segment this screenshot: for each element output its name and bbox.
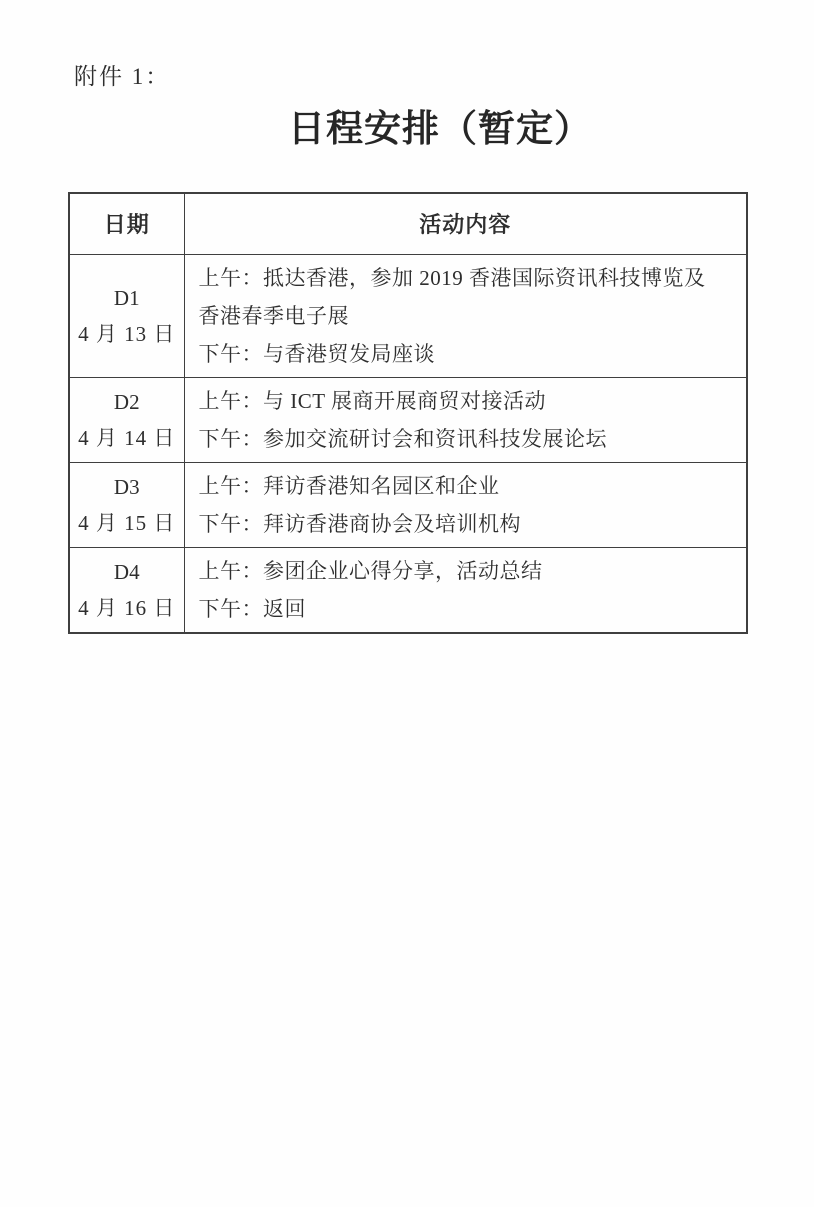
activity-line: 香港春季电子展 (199, 297, 739, 335)
date-cell-d1: D1 4 月 13 日 (69, 254, 184, 377)
header-activity: 活动内容 (184, 193, 747, 254)
date-cell-d4: D4 4 月 16 日 (69, 547, 184, 633)
date-cell-d2: D2 4 月 14 日 (69, 377, 184, 462)
activity-line: 下午：拜访香港商协会及培训机构 (199, 505, 739, 543)
date-cell-d3: D3 4 月 15 日 (69, 462, 184, 547)
day-label: D2 (70, 384, 184, 420)
activity-cell-d2: 上午：与 ICT 展商开展商贸对接活动 下午：参加交流研讨会和资讯科技发展论坛 (184, 377, 747, 462)
activity-line: 下午：与香港贸发局座谈 (199, 335, 739, 373)
day-label: D3 (70, 469, 184, 505)
attachment-label: 附件 1： (74, 58, 170, 91)
table-row-d3: D3 4 月 15 日 上午：拜访香港知名园区和企业 下午：拜访香港商协会及培训… (69, 462, 747, 547)
schedule-table: 日期 活动内容 D1 4 月 13 日 上午：抵达香港，参加 2019 香港国际… (68, 192, 748, 634)
day-label: D4 (70, 554, 184, 590)
activity-line: 上午：抵达香港，参加 2019 香港国际资讯科技博览及 (199, 259, 739, 297)
header-date: 日期 (69, 193, 184, 254)
activity-cell-d1: 上午：抵达香港，参加 2019 香港国际资讯科技博览及 香港春季电子展 下午：与… (184, 254, 747, 377)
table-header-row: 日期 活动内容 (69, 193, 747, 254)
document-page: 附件 1： 日程安排（暂定） 日期 活动内容 D1 4 月 13 日 上午：抵达… (0, 0, 814, 1207)
table-row-d4: D4 4 月 16 日 上午：参团企业心得分享，活动总结 下午：返回 (69, 547, 747, 633)
activity-line: 下午：返回 (199, 590, 739, 628)
date-label: 4 月 15 日 (70, 505, 184, 541)
activity-cell-d3: 上午：拜访香港知名园区和企业 下午：拜访香港商协会及培训机构 (184, 462, 747, 547)
table-row-d2: D2 4 月 14 日 上午：与 ICT 展商开展商贸对接活动 下午：参加交流研… (69, 377, 747, 462)
activity-line: 上午：参团企业心得分享，活动总结 (199, 552, 739, 590)
activity-cell-d4: 上午：参团企业心得分享，活动总结 下午：返回 (184, 547, 747, 633)
activity-line: 上午：与 ICT 展商开展商贸对接活动 (199, 382, 739, 420)
date-label: 4 月 14 日 (70, 420, 184, 456)
day-label: D1 (70, 280, 184, 316)
activity-line: 下午：参加交流研讨会和资讯科技发展论坛 (199, 420, 739, 458)
activity-line: 上午：拜访香港知名园区和企业 (199, 467, 739, 505)
page-title: 日程安排（暂定） (0, 98, 814, 152)
date-label: 4 月 13 日 (70, 316, 184, 352)
date-label: 4 月 16 日 (70, 590, 184, 626)
table-row-d1: D1 4 月 13 日 上午：抵达香港，参加 2019 香港国际资讯科技博览及 … (69, 254, 747, 377)
